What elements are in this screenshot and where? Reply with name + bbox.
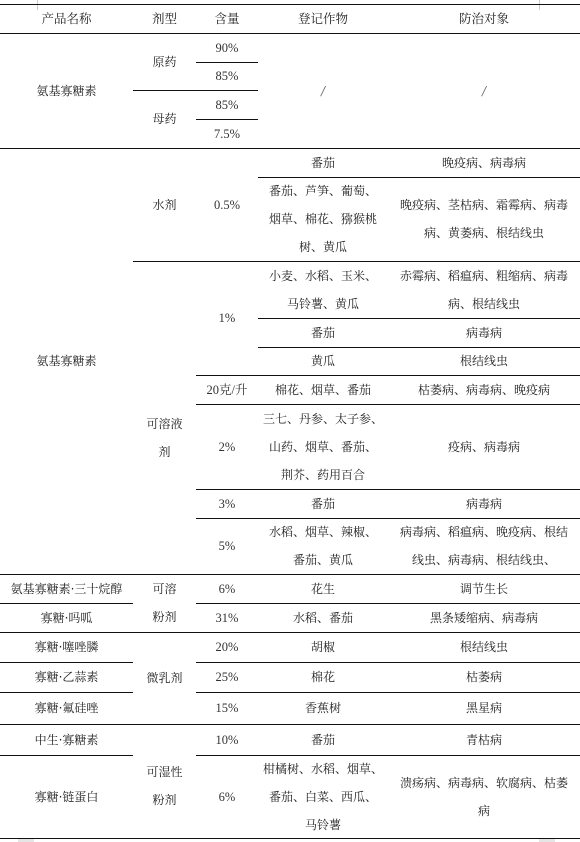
control-targets: 青枯病 [388, 724, 580, 755]
content-value: 90% [196, 33, 258, 62]
control-targets: 晚疫病、茎枯病、霜霉病、病毒 病、黄萎病、根结线虫 [388, 177, 580, 261]
text-line: 荆芥、药用百合 [281, 461, 365, 489]
content-value: 20克/升 [196, 375, 258, 404]
text-line: 病、黄萎病、根结线虫 [424, 219, 544, 247]
formulation: 原药 [133, 33, 196, 90]
text-line: 烟草、棉花、猕猴桃 [269, 205, 377, 233]
content-value: 6% [196, 755, 258, 838]
product-name: 氨基寡糖素·三十烷醇 [0, 574, 133, 603]
header-content: 含量 [196, 4, 258, 33]
registered-crops: 柑橘树、水稻、烟草、 番茄、白菜、西瓜、 马铃薯 [258, 755, 388, 838]
product-name: 中生·寡糖素 [0, 724, 133, 755]
header-product-name: 产品名称 [0, 4, 133, 33]
text-line: 晚疫病、茎枯病、霜霉病、病毒 [400, 191, 568, 219]
header-registered-crops: 登记作物 [258, 4, 388, 33]
text-line: 可溶 [152, 575, 176, 603]
text-line: 山药、烟草、番茄、 [269, 433, 377, 461]
text-line: 柑橘树、水稻、烟草、 [263, 755, 383, 783]
content-value: 7.5% [196, 119, 258, 148]
header-control-targets: 防治对象 [388, 4, 580, 33]
control-targets: 病毒病 [388, 318, 580, 347]
control-targets: 疫病、病毒病 [388, 404, 580, 489]
control-targets: 黑星病 [388, 692, 580, 724]
text-line: 粉剂 [152, 603, 176, 631]
content-value: 2% [196, 404, 258, 489]
content-value: 1% [196, 261, 258, 375]
registered-crops: 棉花 [258, 662, 388, 692]
content-value: 31% [196, 603, 258, 632]
product-name: 寡糖·氟硅唑 [0, 692, 133, 724]
registered-crops: 三七、丹参、太子参、 山药、烟草、番茄、 荆芥、药用百合 [258, 404, 388, 489]
content-value: 10% [196, 724, 258, 755]
formulation: 可湿性 粉剂 [133, 724, 196, 838]
content-value: 3% [196, 489, 258, 518]
formulation: 水剂 [133, 148, 196, 261]
product-name: 氨基寡糖素 [0, 148, 133, 574]
registered-crops: 黄瓜 [258, 347, 388, 375]
registered-crops: 棉花、烟草、番茄 [258, 375, 388, 404]
registered-crops: 水稻、烟草、辣椒、 番茄、黄瓜 [258, 518, 388, 574]
product-name: 寡糖·噻唑膦 [0, 632, 133, 662]
text-line: 番茄、黄瓜 [293, 546, 353, 574]
product-name: 寡糖·乙蒜素 [0, 662, 133, 692]
registered-crops: 番茄 [258, 724, 388, 755]
registered-crops: 胡椒 [258, 632, 388, 662]
registered-crops: 水稻、番茄 [258, 603, 388, 632]
content-value: 15% [196, 692, 258, 724]
control-targets: / [388, 33, 580, 148]
registered-crops: 番茄、芦笋、葡萄、 烟草、棉花、猕猴桃 树、黄瓜 [258, 177, 388, 261]
text-line: 三七、丹参、太子参、 [263, 405, 383, 433]
product-name: 寡糖·链蛋白 [0, 755, 133, 838]
registered-crops: 花生 [258, 574, 388, 603]
control-targets: 枯萎病 [388, 662, 580, 692]
text-line: 小麦、水稻、玉米、 [269, 262, 377, 290]
product-name: 寡糖·吗呱 [0, 603, 133, 632]
text-line: 可溶液 [146, 410, 182, 438]
registered-crops: 番茄 [258, 148, 388, 177]
text-line: 溃疡病、病毒病、软腐病、枯萎 [400, 769, 568, 797]
registered-crops: 番茄 [258, 489, 388, 518]
table-bottom-rule [0, 838, 580, 839]
text-line: 赤霉病、稻瘟病、粗缩病、病毒 [400, 262, 568, 290]
control-targets: 调节生长 [388, 574, 580, 603]
text-line: 番茄、芦笋、葡萄、 [269, 177, 377, 205]
control-targets: 枯萎病、病毒病、晚疫病 [388, 375, 580, 404]
text-line: 水稻、烟草、辣椒、 [269, 518, 377, 546]
content-value: 6% [196, 574, 258, 603]
formulation: 母药 [133, 90, 196, 148]
text-line: 病、根结线虫 [448, 290, 520, 318]
content-value: 5% [196, 518, 258, 574]
content-value: 20% [196, 632, 258, 662]
control-targets: 赤霉病、稻瘟病、粗缩病、病毒 病、根结线虫 [388, 261, 580, 318]
content-value: 85% [196, 90, 258, 119]
text-line: 病毒病、稻瘟病、晚疫病、根结 [400, 518, 568, 546]
text-line: 马铃薯、黄瓜 [287, 290, 359, 318]
registered-crops: 小麦、水稻、玉米、 马铃薯、黄瓜 [258, 261, 388, 318]
content-value: 25% [196, 662, 258, 692]
text-line: 病 [478, 797, 490, 825]
text-line: 剂 [158, 438, 170, 466]
formulation: 可溶液 剂 [133, 261, 196, 574]
text-line: 可湿性 [146, 758, 182, 786]
product-name: 氨基寡糖素 [0, 33, 133, 148]
content-value: 0.5% [196, 148, 258, 261]
control-targets: 黑条矮缩病、病毒病 [388, 603, 580, 632]
header-formulation: 剂型 [133, 4, 196, 33]
control-targets: 根结线虫 [388, 632, 580, 662]
text-line: 番茄、白菜、西瓜、 [269, 783, 377, 811]
control-targets: 病毒病、稻瘟病、晚疫病、根结 线虫、病毒病、根结线虫、 [388, 518, 580, 574]
text-line: 马铃薯 [305, 811, 341, 839]
control-targets: 溃疡病、病毒病、软腐病、枯萎 病 [388, 755, 580, 838]
control-targets: 根结线虫 [388, 347, 580, 375]
text-line: 树、黄瓜 [299, 233, 347, 261]
formulation: 可溶 粉剂 [133, 574, 196, 632]
control-targets: 晚疫病、病毒病 [388, 148, 580, 177]
control-targets: 病毒病 [388, 489, 580, 518]
content-value: 85% [196, 62, 258, 90]
text-line: 线虫、病毒病、根结线虫、 [412, 546, 556, 574]
registered-crops: / [258, 33, 388, 148]
registered-crops: 香蕉树 [258, 692, 388, 724]
formulation: 微乳剂 [133, 632, 196, 724]
registered-crops: 番茄 [258, 318, 388, 347]
text-line: 粉剂 [152, 786, 176, 814]
